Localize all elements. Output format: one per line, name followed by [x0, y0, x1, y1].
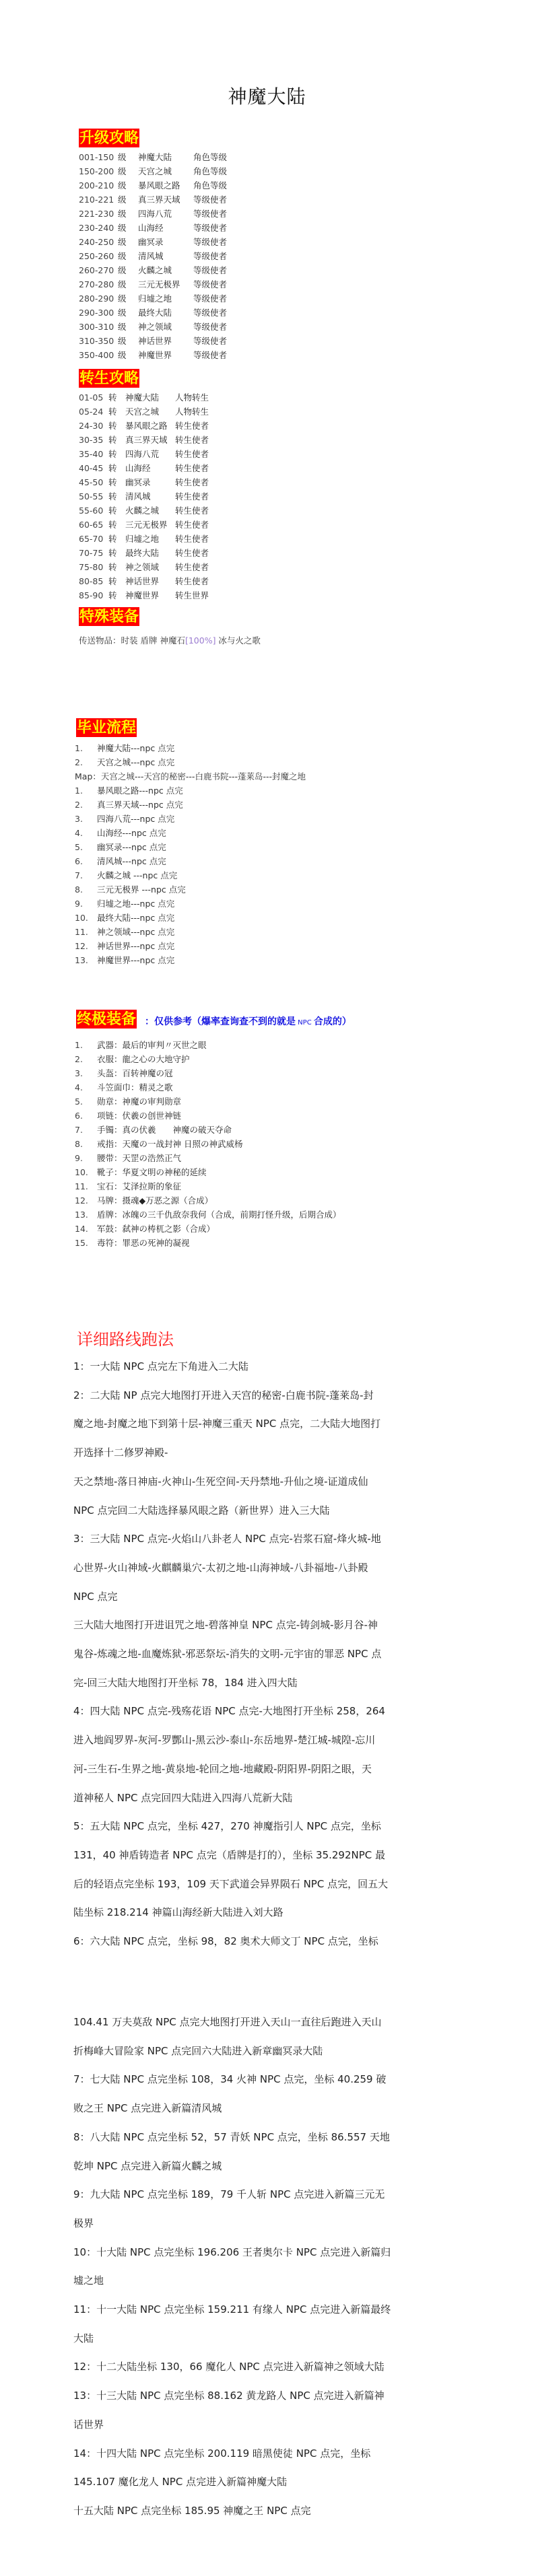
upgrade-row: 221-230级四海八荒等级使者 [79, 207, 227, 221]
route-line: NPC 点完回二大陆选择暴风眼之路（新世界）进入三大陆 [73, 1496, 370, 1525]
section-heading-special: 特殊装备 [79, 607, 139, 626]
item-number: 9. [75, 1151, 97, 1165]
map-name: 四海八荒 [125, 447, 175, 461]
map-name: 神魔大陆 [138, 150, 193, 164]
route-line: 145.107 魔化龙人 NPC 点完进入新篇神魔大陆 [73, 2468, 370, 2497]
route-line: NPC 点完 [73, 1582, 370, 1611]
item-number: 8. [75, 1137, 97, 1151]
npc-role: 等级使者 [193, 320, 227, 334]
level-range: 05-24 [79, 405, 108, 419]
level-range: 230-240 [79, 221, 118, 235]
level-range: 280-290 [79, 291, 118, 306]
item-text: 头盔：百转神魔の冠 [97, 1068, 173, 1078]
item-number: 3. [75, 1066, 97, 1080]
route-line: 后的轻语点完坐标 193，109 天下武道会异界陨石 NPC 点完，回五大 [73, 1870, 370, 1899]
map-name: 暴风眼之路 [138, 178, 193, 193]
level-unit: 转 [108, 447, 125, 461]
item-text: 盾牌：冰魄の三千仇敌奈我何（合成，前期打怪升级，后期合成） [97, 1210, 341, 1220]
level-range: 30-35 [79, 433, 108, 447]
level-range: 221-230 [79, 207, 118, 221]
npc-role: 角色等级 [193, 150, 227, 164]
item-text: 衣服：龍之心の大地守护 [97, 1054, 190, 1064]
step-map: 山海经 [97, 828, 123, 838]
rebirth-table: 01-05转神魔大陆人物转生05-24转天宫之城人物转生24-30转暴风眼之路转… [79, 390, 209, 602]
map-name: 三元无极界 [138, 277, 193, 291]
npc-role: 转生使者 [175, 461, 209, 475]
item-number: 11. [75, 1179, 97, 1193]
step-map: 清风城 [97, 856, 123, 866]
rebirth-row: 60-65转三元无极界转生使者 [79, 518, 209, 532]
step-number: 9. [75, 897, 97, 911]
level-unit: 级 [118, 291, 138, 306]
npc-role: 转生使者 [175, 546, 209, 560]
npc-role: 转生使者 [175, 532, 209, 546]
page-title: 神魔大陆 [0, 82, 534, 109]
equipment-item: 5.勋章：神魔の审判勋章 [75, 1094, 341, 1109]
map-name: 归墟之地 [125, 532, 175, 546]
level-range: 70-75 [79, 546, 108, 560]
map-name: 神之领域 [125, 560, 175, 574]
route-text-block-2: 104.41 万夫莫敌 NPC 点完大地图打开进入天山一直往后跑进入天山折梅峰大… [73, 2008, 370, 2526]
map-name: 神魔世界 [138, 348, 193, 362]
upgrade-row: 230-240级山海经等级使者 [79, 221, 227, 235]
step-action: ---npc 点完 [131, 743, 174, 753]
ultimate-note-npc: NPC [296, 1019, 314, 1026]
level-unit: 级 [118, 150, 138, 164]
route-heading: 详细路线跑法 [77, 1326, 174, 1350]
rebirth-row: 45-50转幽冥录转生使者 [79, 475, 209, 489]
upgrade-row: 290-300级最终大陆等级使者 [79, 306, 227, 320]
npc-role: 转生使者 [175, 503, 209, 518]
upgrade-table: 001-150级神魔大陆角色等级150-200级天宫之城角色等级200-210级… [79, 150, 227, 362]
step-number: 13. [75, 953, 97, 967]
graduation-step: 12.神话世界---npc 点完 [75, 939, 186, 953]
graduation-step: 7.火麟之城 ---npc 点完 [75, 868, 186, 882]
level-range: 60-65 [79, 518, 108, 532]
level-range: 75-80 [79, 560, 108, 574]
map-name: 三元无极界 [125, 518, 175, 532]
route-line: 鬼谷-炼魂之地-血魔炼狱-邪恶祭坛-消失的文明-元宇宙的罪恶 NPC 点 [73, 1640, 370, 1669]
npc-role: 等级使者 [193, 334, 227, 348]
map-name: 火麟之城 [125, 503, 175, 518]
item-number: 4. [75, 1080, 97, 1094]
route-line: 墟之地 [73, 2266, 370, 2295]
route-line: 6：六大陆 NPC 点完，坐标 98，82 奥术大师文丁 NPC 点完，坐标 [73, 1927, 370, 1956]
item-text: 手镯：真の伏羲 神魔の破天夺命 [97, 1125, 232, 1135]
map-name: 神之领域 [138, 320, 193, 334]
rebirth-row: 30-35转真三界天域转生使者 [79, 433, 209, 447]
upgrade-row: 001-150级神魔大陆角色等级 [79, 150, 227, 164]
route-line: 陆坐标 218.214 神篇山海经新大陆进入刘大路 [73, 1898, 370, 1927]
step-action: ---npc 点完 [131, 955, 174, 965]
ultimate-note-tail: 合成的） [314, 1016, 352, 1027]
section-heading-rebirth: 转生攻略 [79, 369, 139, 388]
level-range: 150-200 [79, 164, 118, 178]
step-number: 1. [75, 784, 97, 798]
step-map: 神话世界 [97, 941, 131, 951]
map-name: 神魔世界 [125, 588, 175, 602]
level-range: 350-400 [79, 348, 118, 362]
upgrade-row: 310-350级神话世界等级使者 [79, 334, 227, 348]
level-unit: 转 [108, 546, 125, 560]
route-line: 9：九大陆 NPC 点完坐标 189，79 千人斩 NPC 点完进入新篇三元无 [73, 2180, 370, 2209]
item-text: 项链：伏羲の创世神链 [97, 1111, 181, 1121]
map-name: 天宫之城 [138, 164, 193, 178]
graduation-step: 5.幽冥录---npc 点完 [75, 840, 186, 854]
level-range: 85-90 [79, 588, 108, 602]
step-action: ---npc 点完 [141, 884, 185, 895]
route-line: 十五大陆 NPC 点完坐标 185.95 神魔之王 NPC 点完 [73, 2497, 370, 2526]
step-number: 4. [75, 826, 97, 840]
level-unit: 级 [118, 263, 138, 277]
map-name: 真三界天域 [138, 193, 193, 207]
npc-role: 转生使者 [175, 447, 209, 461]
level-unit: 转 [108, 419, 125, 433]
rebirth-row: 24-30转暴风眼之路转生使者 [79, 419, 209, 433]
step-map: 真三界天域 [97, 800, 139, 810]
level-unit: 转 [108, 574, 125, 588]
level-range: 50-55 [79, 489, 108, 503]
special-prefix: 传送物品：时装 盾牌 神魔石 [79, 635, 185, 646]
level-range: 310-350 [79, 334, 118, 348]
special-items: 传送物品：时装 盾牌 神魔石[100%] 冰与火之歌 [79, 634, 261, 646]
special-suffix: 冰与火之歌 [215, 635, 260, 646]
step-map: 火麟之城 [97, 870, 133, 880]
ultimate-note: ：仅供参考（爆率查询查不到的就是 NPC 合成的） [145, 1014, 352, 1028]
route-line: 心世界-火山神域-火麒麟巢穴-太初之地-山海神域-八卦福地-八卦殿 [73, 1554, 370, 1582]
graduation-step: 1.神魔大陆---npc 点完 [75, 741, 174, 755]
step-map: 归墟之地 [97, 899, 131, 909]
level-unit: 级 [118, 193, 138, 207]
ultimate-note-text: ：仅供参考（爆率查询查不到的就是 [145, 1016, 296, 1027]
level-range: 250-260 [79, 249, 118, 263]
level-unit: 级 [118, 221, 138, 235]
route-line: 败之王 NPC 点完进入新篇清风城 [73, 2094, 370, 2123]
graduation-step: 3.四海八荒---npc 点完 [75, 812, 186, 826]
route-line: 道神秘人 NPC 点完回四大陆进入四海八荒新大陆 [73, 1784, 370, 1813]
equipment-item: 14.军鼓：弑神の梼杌之影（合成） [75, 1222, 341, 1236]
equipment-item: 10.靴子：华夏文明の神秘的延续 [75, 1165, 341, 1179]
graduation-map-line: Map：天宫之城---天宫的秘密---白鹿书院---蓬莱岛---封魔之地 [75, 769, 306, 784]
step-action: ---npc 点完 [123, 828, 166, 838]
step-map: 神之领域 [97, 927, 131, 937]
graduation-step: 13.神魔世界---npc 点完 [75, 953, 186, 967]
npc-role: 转生使者 [175, 419, 209, 433]
rebirth-row: 85-90转神魔世界转生世界 [79, 588, 209, 602]
npc-role: 等级使者 [193, 249, 227, 263]
map-name: 最终大陆 [138, 306, 193, 320]
map-name: 火麟之城 [138, 263, 193, 277]
equipment-item: 12.马牌：摄魂◆万恶之源（合成） [75, 1193, 341, 1208]
npc-role: 转生使者 [175, 475, 209, 489]
map-name: 暴风眼之路 [125, 419, 175, 433]
map-name: 归墟之地 [138, 291, 193, 306]
route-line: 8：八大陆 NPC 点完坐标 52，57 青妖 NPC 点完，坐标 86.557… [73, 2123, 370, 2152]
equipment-item: 13.盾牌：冰魄の三千仇敌奈我何（合成，前期打怪升级，后期合成） [75, 1208, 341, 1222]
level-range: 001-150 [79, 150, 118, 164]
level-range: 290-300 [79, 306, 118, 320]
graduation-step: 1.暴风眼之路---npc 点完 [75, 784, 186, 798]
npc-role: 转生使者 [175, 518, 209, 532]
npc-role: 等级使者 [193, 221, 227, 235]
route-line: 104.41 万夫莫敌 NPC 点完大地图打开进入天山一直往后跑进入天山 [73, 2008, 370, 2037]
upgrade-row: 350-400级神魔世界等级使者 [79, 348, 227, 362]
level-range: 35-40 [79, 447, 108, 461]
step-map: 最终大陆 [97, 913, 131, 923]
step-action: ---npc 点完 [131, 913, 174, 923]
level-unit: 级 [118, 235, 138, 249]
item-number: 13. [75, 1208, 97, 1222]
item-text: 靴子：华夏文明の神秘的延续 [97, 1167, 207, 1177]
step-number: 12. [75, 939, 97, 953]
map-name: 天宫之城 [125, 405, 175, 419]
npc-role: 转生世界 [175, 588, 209, 602]
item-text: 军鼓：弑神の梼杌之影（合成） [97, 1224, 215, 1234]
route-text-block-1: 1：一大陆 NPC 点完左下角进入二大陆2：二大陆 NP 点完大地图打开进入天宫… [73, 1352, 370, 1956]
level-range: 01-05 [79, 390, 108, 405]
step-number: 6. [75, 854, 97, 868]
graduation-step: 9.归墟之地---npc 点完 [75, 897, 186, 911]
step-action: ---npc 点完 [133, 870, 177, 880]
route-line: 折梅峰大冒险家 NPC 点完回六大陆进入新章幽冥录大陆 [73, 2037, 370, 2066]
graduation-step: 4.山海经---npc 点完 [75, 826, 186, 840]
upgrade-row: 150-200级天宫之城角色等级 [79, 164, 227, 178]
step-number: 2. [75, 755, 97, 769]
npc-role: 转生使者 [175, 489, 209, 503]
item-text: 毒符：罪恶の死神的凝视 [97, 1238, 190, 1248]
route-line: 进入地阎罗界-灰河-罗酆山-黑云沙-泰山-东岳地界-楚江城-城隍-忘川 [73, 1726, 370, 1755]
graduation-step: 2.天宫之城---npc 点完 [75, 755, 174, 769]
npc-role: 等级使者 [193, 348, 227, 362]
step-number: 7. [75, 868, 97, 882]
item-number: 15. [75, 1236, 97, 1250]
equipment-item: 9.腰带：天罡の浩然正气 [75, 1151, 341, 1165]
rebirth-row: 80-85转神话世界转生使者 [79, 574, 209, 588]
level-range: 210-221 [79, 193, 118, 207]
item-text: 马牌：摄魂◆万恶之源（合成） [97, 1195, 213, 1206]
equipment-item: 6.项链：伏羲の创世神链 [75, 1109, 341, 1123]
route-line: 11：十一大陆 NPC 点完坐标 159.211 有缘人 NPC 点完进入新篇最… [73, 2295, 370, 2324]
step-action: ---npc 点完 [131, 814, 174, 824]
equipment-item: 3.头盔：百转神魔の冠 [75, 1066, 341, 1080]
map-name: 四海八荒 [138, 207, 193, 221]
route-line: 14：十四大陆 NPC 点完坐标 200.119 暗黑使徒 NPC 点完，坐标 [73, 2439, 370, 2468]
item-text: 腰带：天罡の浩然正气 [97, 1153, 181, 1163]
npc-role: 转生使者 [175, 560, 209, 574]
level-unit: 转 [108, 405, 125, 419]
route-line: 10：十大陆 NPC 点完坐标 196.206 王者奥尔卡 NPC 点完进入新篇… [73, 2238, 370, 2267]
level-range: 55-60 [79, 503, 108, 518]
level-unit: 转 [108, 489, 125, 503]
upgrade-row: 300-310级神之领域等级使者 [79, 320, 227, 334]
graduation-list-second: 1.暴风眼之路---npc 点完2.真三界天域---npc 点完3.四海八荒--… [75, 784, 186, 967]
route-line: 开选择十二修罗神殿- [73, 1438, 370, 1467]
level-range: 40-45 [79, 461, 108, 475]
level-range: 65-70 [79, 532, 108, 546]
graduation-step: 2.真三界天域---npc 点完 [75, 798, 186, 812]
map-name: 山海经 [138, 221, 193, 235]
item-text: 斗笠面巾：精灵之歌 [97, 1082, 173, 1092]
upgrade-row: 250-260级清风城等级使者 [79, 249, 227, 263]
step-number: 3. [75, 812, 97, 826]
level-range: 200-210 [79, 178, 118, 193]
level-unit: 转 [108, 475, 125, 489]
step-action: ---npc 点完 [131, 899, 174, 909]
level-unit: 转 [108, 461, 125, 475]
special-percent: [100%] [185, 635, 216, 646]
route-line: 12：十二大陆坐标 130，66 魔化人 NPC 点完进入新篇神之领域大陆 [73, 2353, 370, 2381]
level-unit: 转 [108, 588, 125, 602]
npc-role: 转生使者 [175, 433, 209, 447]
equipment-item: 4.斗笠面巾：精灵之歌 [75, 1080, 341, 1094]
route-line: 5：五大陆 NPC 点完，坐标 427，270 神魔指引人 NPC 点完，坐标 [73, 1812, 370, 1841]
item-text: 勋章：神魔の审判勋章 [97, 1096, 181, 1107]
step-map: 三元无极界 [97, 884, 141, 895]
item-number: 14. [75, 1222, 97, 1236]
level-unit: 转 [108, 560, 125, 574]
graduation-list-first: 1.神魔大陆---npc 点完2.天宫之城---npc 点完 [75, 741, 174, 769]
route-line: 4：四大陆 NPC 点完-残殇花语 NPC 点完-大地图打开坐标 258，264 [73, 1697, 370, 1726]
route-line: 3：三大陆 NPC 点完-火焰山八卦老人 NPC 点完-岩浆石窟-烽火城-地 [73, 1525, 370, 1554]
map-name: 清风城 [138, 249, 193, 263]
level-range: 80-85 [79, 574, 108, 588]
rebirth-row: 65-70转归墟之地转生使者 [79, 532, 209, 546]
route-line: 乾坤 NPC 点完进入新篇火麟之城 [73, 2152, 370, 2181]
level-unit: 转 [108, 518, 125, 532]
rebirth-row: 35-40转四海八荒转生使者 [79, 447, 209, 461]
item-text: 宝石：艾泽拉斯的象征 [97, 1181, 181, 1191]
step-action: ---npc 点完 [131, 757, 174, 767]
item-number: 10. [75, 1165, 97, 1179]
npc-role: 人物转生 [175, 405, 209, 419]
level-unit: 转 [108, 390, 125, 405]
equipment-item: 11.宝石：艾泽拉斯的象征 [75, 1179, 341, 1193]
npc-role: 等级使者 [193, 263, 227, 277]
upgrade-row: 200-210级暴风眼之路角色等级 [79, 178, 227, 193]
map-name: 幽冥录 [125, 475, 175, 489]
route-line: 极界 [73, 2209, 370, 2238]
step-map: 四海八荒 [97, 814, 131, 824]
level-unit: 级 [118, 334, 138, 348]
item-number: 6. [75, 1109, 97, 1123]
step-map: 暴风眼之路 [97, 786, 139, 796]
equipment-item: 2.衣服：龍之心の大地守护 [75, 1052, 341, 1066]
step-number: 1. [75, 741, 97, 755]
rebirth-row: 50-55转清风城转生使者 [79, 489, 209, 503]
rebirth-row: 55-60转火麟之城转生使者 [79, 503, 209, 518]
level-unit: 级 [118, 348, 138, 362]
upgrade-row: 260-270级火麟之城等级使者 [79, 263, 227, 277]
route-line: 131，40 神盾铸造者 NPC 点完（盾牌是打的），坐标 35.292NPC … [73, 1841, 370, 1870]
equipment-item: 1.武器：最后的审判〃灭世之眼 [75, 1038, 341, 1052]
level-range: 270-280 [79, 277, 118, 291]
npc-role: 等级使者 [193, 235, 227, 249]
item-number: 12. [75, 1193, 97, 1208]
step-action: ---npc 点完 [139, 800, 183, 810]
level-unit: 级 [118, 320, 138, 334]
rebirth-row: 40-45转山海经转生使者 [79, 461, 209, 475]
rebirth-row: 01-05转神魔大陆人物转生 [79, 390, 209, 405]
step-action: ---npc 点完 [131, 941, 174, 951]
level-unit: 级 [118, 249, 138, 263]
step-number: 11. [75, 925, 97, 939]
map-name: 神话世界 [125, 574, 175, 588]
npc-role: 等级使者 [193, 207, 227, 221]
step-number: 5. [75, 840, 97, 854]
step-action: ---npc 点完 [123, 856, 166, 866]
map-name: 神话世界 [138, 334, 193, 348]
level-unit: 级 [118, 164, 138, 178]
npc-role: 角色等级 [193, 178, 227, 193]
route-line: 河-三生石-生界之地-黄泉地-轮回之地-地藏殿-阴阳界-阴阳之眼，天 [73, 1755, 370, 1784]
route-line: 2：二大陆 NP 点完大地图打开进入天宫的秘密-白鹿书院-蓬莱岛-封 [73, 1381, 370, 1410]
equipment-item: 15.毒符：罪恶の死神的凝视 [75, 1236, 341, 1250]
npc-role: 等级使者 [193, 277, 227, 291]
rebirth-row: 05-24转天宫之城人物转生 [79, 405, 209, 419]
npc-role: 人物转生 [175, 390, 209, 405]
upgrade-row: 270-280级三元无极界等级使者 [79, 277, 227, 291]
level-unit: 级 [118, 178, 138, 193]
upgrade-row: 240-250级幽冥录等级使者 [79, 235, 227, 249]
level-unit: 转 [108, 503, 125, 518]
section-heading-upgrade: 升级攻略 [79, 129, 139, 147]
route-line: 话世界 [73, 2410, 370, 2439]
level-range: 240-250 [79, 235, 118, 249]
step-number: 8. [75, 882, 97, 897]
map-name: 神魔大陆 [125, 390, 175, 405]
equipment-item: 8.戒指：天魔の一战封神 日照の神武威杨 [75, 1137, 341, 1151]
graduation-step: 10.最终大陆---npc 点完 [75, 911, 186, 925]
npc-role: 等级使者 [193, 306, 227, 320]
step-map: 神魔大陆 [97, 743, 131, 753]
level-unit: 转 [108, 532, 125, 546]
level-range: 260-270 [79, 263, 118, 277]
route-line: 三大陆大地图打开进诅咒之地-碧落神皇 NPC 点完-铸剑城-影月谷-神 [73, 1611, 370, 1640]
route-line: 大陆 [73, 2324, 370, 2353]
route-line: 魔之地-封魔之地下到第十层-神魔三重天 NPC 点完，二大陆大地图打 [73, 1409, 370, 1438]
map-name: 山海经 [125, 461, 175, 475]
level-range: 24-30 [79, 419, 108, 433]
item-number: 7. [75, 1123, 97, 1137]
step-number: 10. [75, 911, 97, 925]
step-number: 2. [75, 798, 97, 812]
item-number: 5. [75, 1094, 97, 1109]
step-map: 神魔世界 [97, 955, 131, 965]
graduation-step: 8.三元无极界 ---npc 点完 [75, 882, 186, 897]
rebirth-row: 75-80转神之领域转生使者 [79, 560, 209, 574]
graduation-step: 11.神之领域---npc 点完 [75, 925, 186, 939]
level-range: 300-310 [79, 320, 118, 334]
route-line: 7：七大陆 NPC 点完坐标 108，34 火神 NPC 点完，坐标 40.25… [73, 2065, 370, 2094]
npc-role: 角色等级 [193, 164, 227, 178]
step-action: ---npc 点完 [131, 927, 174, 937]
item-number: 2. [75, 1052, 97, 1066]
step-action: ---npc 点完 [123, 842, 166, 852]
level-unit: 级 [118, 306, 138, 320]
rebirth-row: 70-75转最终大陆转生使者 [79, 546, 209, 560]
level-range: 45-50 [79, 475, 108, 489]
section-heading-graduation: 毕业流程 [76, 718, 137, 737]
level-unit: 级 [118, 207, 138, 221]
section-heading-ultimate: 终极装备 [76, 1010, 137, 1029]
route-line: 天之禁地-落日神庙-火神山-生死空间-天丹禁地-升仙之境-证道成仙 [73, 1467, 370, 1496]
npc-role: 转生使者 [175, 574, 209, 588]
npc-role: 等级使者 [193, 291, 227, 306]
upgrade-row: 280-290级归墟之地等级使者 [79, 291, 227, 306]
step-map: 天宫之城 [97, 757, 131, 767]
map-name: 真三界天域 [125, 433, 175, 447]
item-text: 戒指：天魔の一战封神 日照の神武威杨 [97, 1139, 242, 1149]
